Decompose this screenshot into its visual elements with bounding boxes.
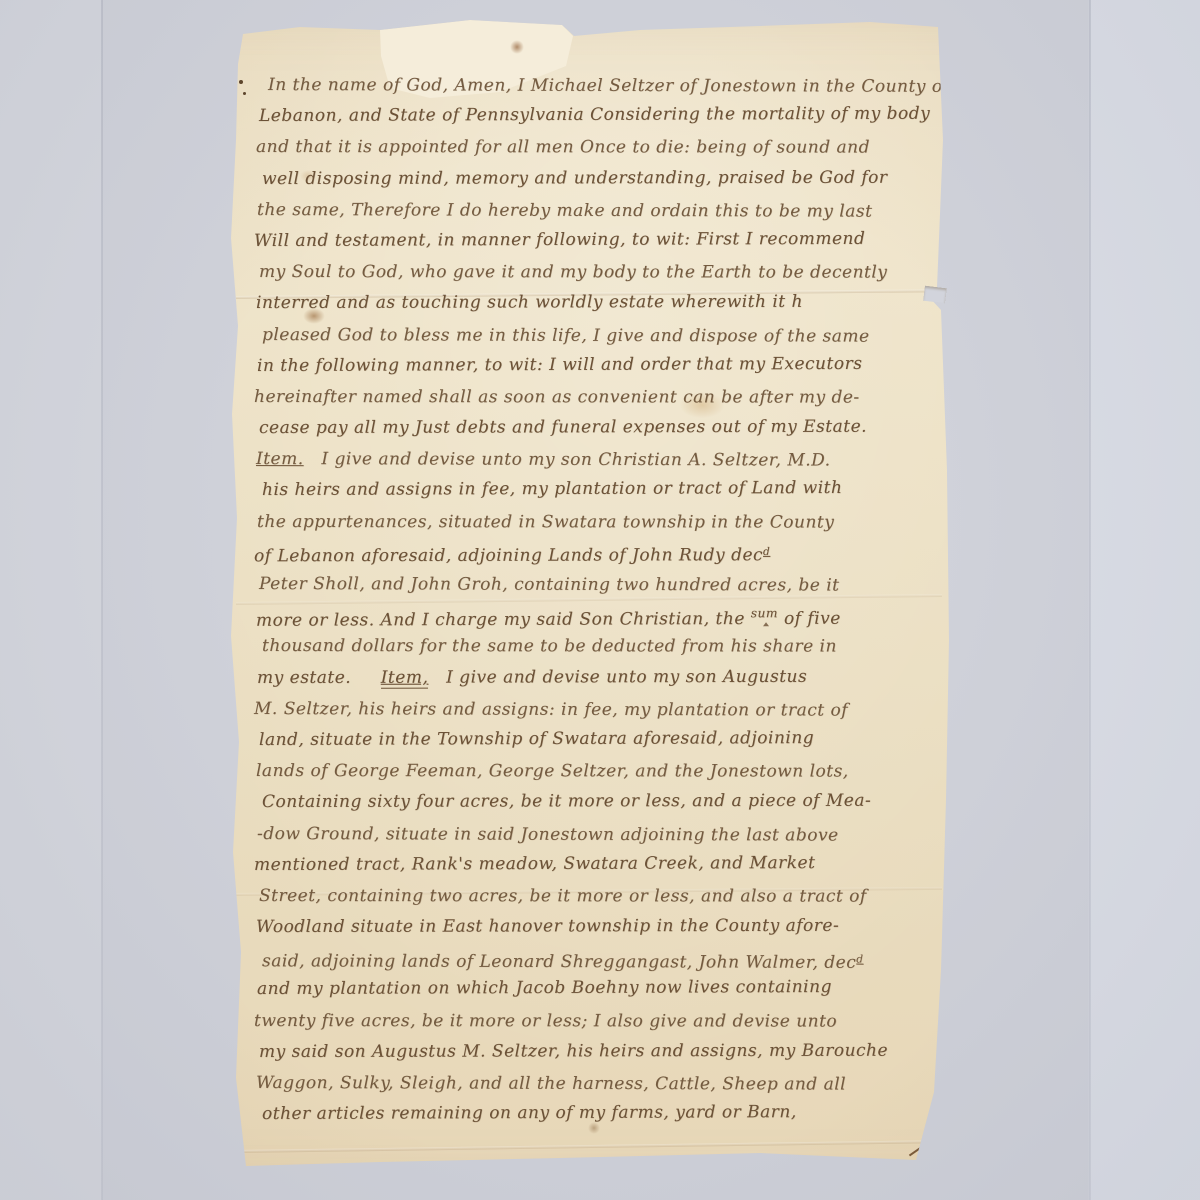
handwriting-line: land, situate in the Township of Swatara… <box>259 723 949 757</box>
background-fold-seam-right <box>1089 0 1091 1200</box>
handwriting-line: M. Seltzer, his heirs and assigns: in fe… <box>254 694 944 727</box>
handwriting-segment: In the name of God, Amen, I Michael Selt… <box>268 75 949 97</box>
handwriting-segment: the appurtenances, situated in Swatara t… <box>257 512 834 533</box>
ink-speck <box>239 80 243 84</box>
handwriting-line: in the following manner, to wit: I will … <box>257 348 947 382</box>
handwriting-segment: cease pay all my Just debts and funeral … <box>259 417 867 438</box>
will-document-page: In the name of God, Amen, I Michael Selt… <box>0 0 1200 1200</box>
handwriting-line: and that it is appointed for all men Onc… <box>256 132 946 164</box>
handwriting-segment: Woodland situate in East hanover townshi… <box>256 916 839 937</box>
handwriting-segment: more or less. And I charge my said Son C… <box>256 609 751 631</box>
handwritten-text: In the name of God, Amen, I Michael Selt… <box>254 70 944 1130</box>
handwriting-line: my said son Augustus M. Seltzer, his hei… <box>259 1035 949 1068</box>
handwriting-line: twenty five acres, be it more or less; I… <box>254 1006 944 1038</box>
handwriting-line: more or less. And I charge my said Son C… <box>256 598 946 632</box>
handwriting-segment: I give and devise unto my son Christian … <box>304 449 831 470</box>
ink-speck <box>243 92 246 95</box>
handwriting-segment: Street, containing two acres, be it more… <box>259 886 867 907</box>
handwriting-segment: Containing sixty four acres, be it more … <box>262 791 871 812</box>
handwriting-segment: his heirs and assigns in fee, my plantat… <box>262 478 842 500</box>
handwriting-segment: land, situate in the Township of Swatara… <box>259 728 814 750</box>
handwriting-segment: mentioned tract, Rank's meadow, Swatara … <box>254 853 815 875</box>
edge-tear <box>923 286 947 304</box>
handwriting-line: mentioned tract, Rank's meadow, Swatara … <box>254 847 944 881</box>
handwriting-line: Will and testament, in manner following,… <box>254 224 944 258</box>
handwriting-segment: and that it is appointed for all men Onc… <box>256 137 870 158</box>
handwriting-line: Woodland situate in East hanover townshi… <box>256 911 946 944</box>
handwriting-segment: my estate. <box>257 667 381 687</box>
handwriting-segment: of five <box>778 609 841 629</box>
handwriting-segment: Waggon, Sulky, Sleigh, and all the harne… <box>256 1073 846 1095</box>
handwriting-line: interred and as touching such worldly es… <box>256 287 946 320</box>
handwriting-line: my estate. Item, I give and devise unto … <box>257 661 947 694</box>
handwriting-segment: lands of George Feeman, George Seltzer, … <box>256 761 849 782</box>
handwriting-segment: Peter Sholl, and John Groh, containing t… <box>259 574 840 596</box>
handwriting-segment: M. Seltzer, his heirs and assigns: in fe… <box>254 699 848 721</box>
handwriting-segment: well disposing mind, memory and understa… <box>262 167 888 188</box>
handwriting-line: well disposing mind, memory and understa… <box>262 162 952 195</box>
handwriting-segment: Item. <box>256 449 304 469</box>
handwriting-segment: -dow Ground, situate in said Jonestown a… <box>257 824 839 846</box>
handwriting-segment: sum <box>751 606 778 620</box>
background-fold-seam-left <box>101 0 103 1200</box>
handwriting-segment: interred and as touching such worldly es… <box>256 292 803 313</box>
handwriting-line: my Soul to God, who gave it and my body … <box>259 257 949 289</box>
handwriting-segment: of Lebanon aforesaid, adjoining Lands of… <box>254 545 763 566</box>
handwriting-line: Street, containing two acres, be it more… <box>259 881 949 913</box>
handwriting-segment: d <box>856 954 863 966</box>
pen-stroke <box>919 1142 933 1153</box>
handwriting-line: the appurtenances, situated in Swatara t… <box>257 507 947 539</box>
handwriting-line: cease pay all my Just debts and funeral … <box>259 412 949 445</box>
handwriting-segment: my said son Augustus M. Seltzer, his hei… <box>259 1040 888 1061</box>
handwriting-segment: said, adjoining lands of Leonard Shregga… <box>262 952 856 974</box>
handwriting-line: lands of George Feeman, George Seltzer, … <box>256 756 946 788</box>
handwriting-line: hereinafter named shall as soon as conve… <box>254 382 944 414</box>
handwriting-line: Containing sixty four acres, be it more … <box>262 786 952 819</box>
handwriting-segment: Will and testament, in manner following,… <box>254 229 865 251</box>
handwriting-line: of Lebanon aforesaid, adjoining Lands of… <box>254 536 944 569</box>
handwriting-segment: twenty five acres, be it more or less; I… <box>254 1011 837 1032</box>
handwriting-segment: in the following manner, to wit: I will … <box>257 354 862 376</box>
handwriting-segment: I give and devise unto my son Augustus <box>428 666 807 687</box>
handwriting-segment: pleased God to bless me in this life, I … <box>262 325 870 347</box>
handwriting-segment: the same, Therefore I do hereby make and… <box>257 200 873 222</box>
handwriting-line: his heirs and assigns in fee, my plantat… <box>262 473 952 507</box>
handwriting-segment: thousand dollars for the same to be dedu… <box>262 636 837 657</box>
handwriting-line: and my plantation on which Jacob Boehny … <box>257 972 947 1006</box>
handwriting-line: Lebanon, and State of Pennsylvania Consi… <box>259 99 949 133</box>
photograph-background: In the name of God, Amen, I Michael Selt… <box>0 0 1200 1200</box>
handwriting-segment: other articles remaining on any of my fa… <box>262 1102 797 1124</box>
handwriting-line: -dow Ground, situate in said Jonestown a… <box>257 819 947 852</box>
handwriting-segment: my Soul to God, who gave it and my body … <box>259 262 887 283</box>
handwriting-line: pleased God to bless me in this life, I … <box>262 320 952 353</box>
handwriting-segment: d <box>763 546 770 558</box>
handwriting-line: thousand dollars for the same to be dedu… <box>262 631 952 663</box>
pen-stroke <box>909 1146 923 1157</box>
handwriting-segment: Item, <box>381 667 429 688</box>
fold-crease <box>236 1140 926 1153</box>
handwriting-line: other articles remaining on any of my fa… <box>262 1097 952 1131</box>
handwriting-segment: Lebanon, and State of Pennsylvania Consi… <box>259 104 930 126</box>
handwriting-segment: and my plantation on which Jacob Boehny … <box>257 977 832 999</box>
handwriting-line: the same, Therefore I do hereby make and… <box>257 195 947 228</box>
handwriting-segment: hereinafter named shall as soon as conve… <box>254 387 860 408</box>
